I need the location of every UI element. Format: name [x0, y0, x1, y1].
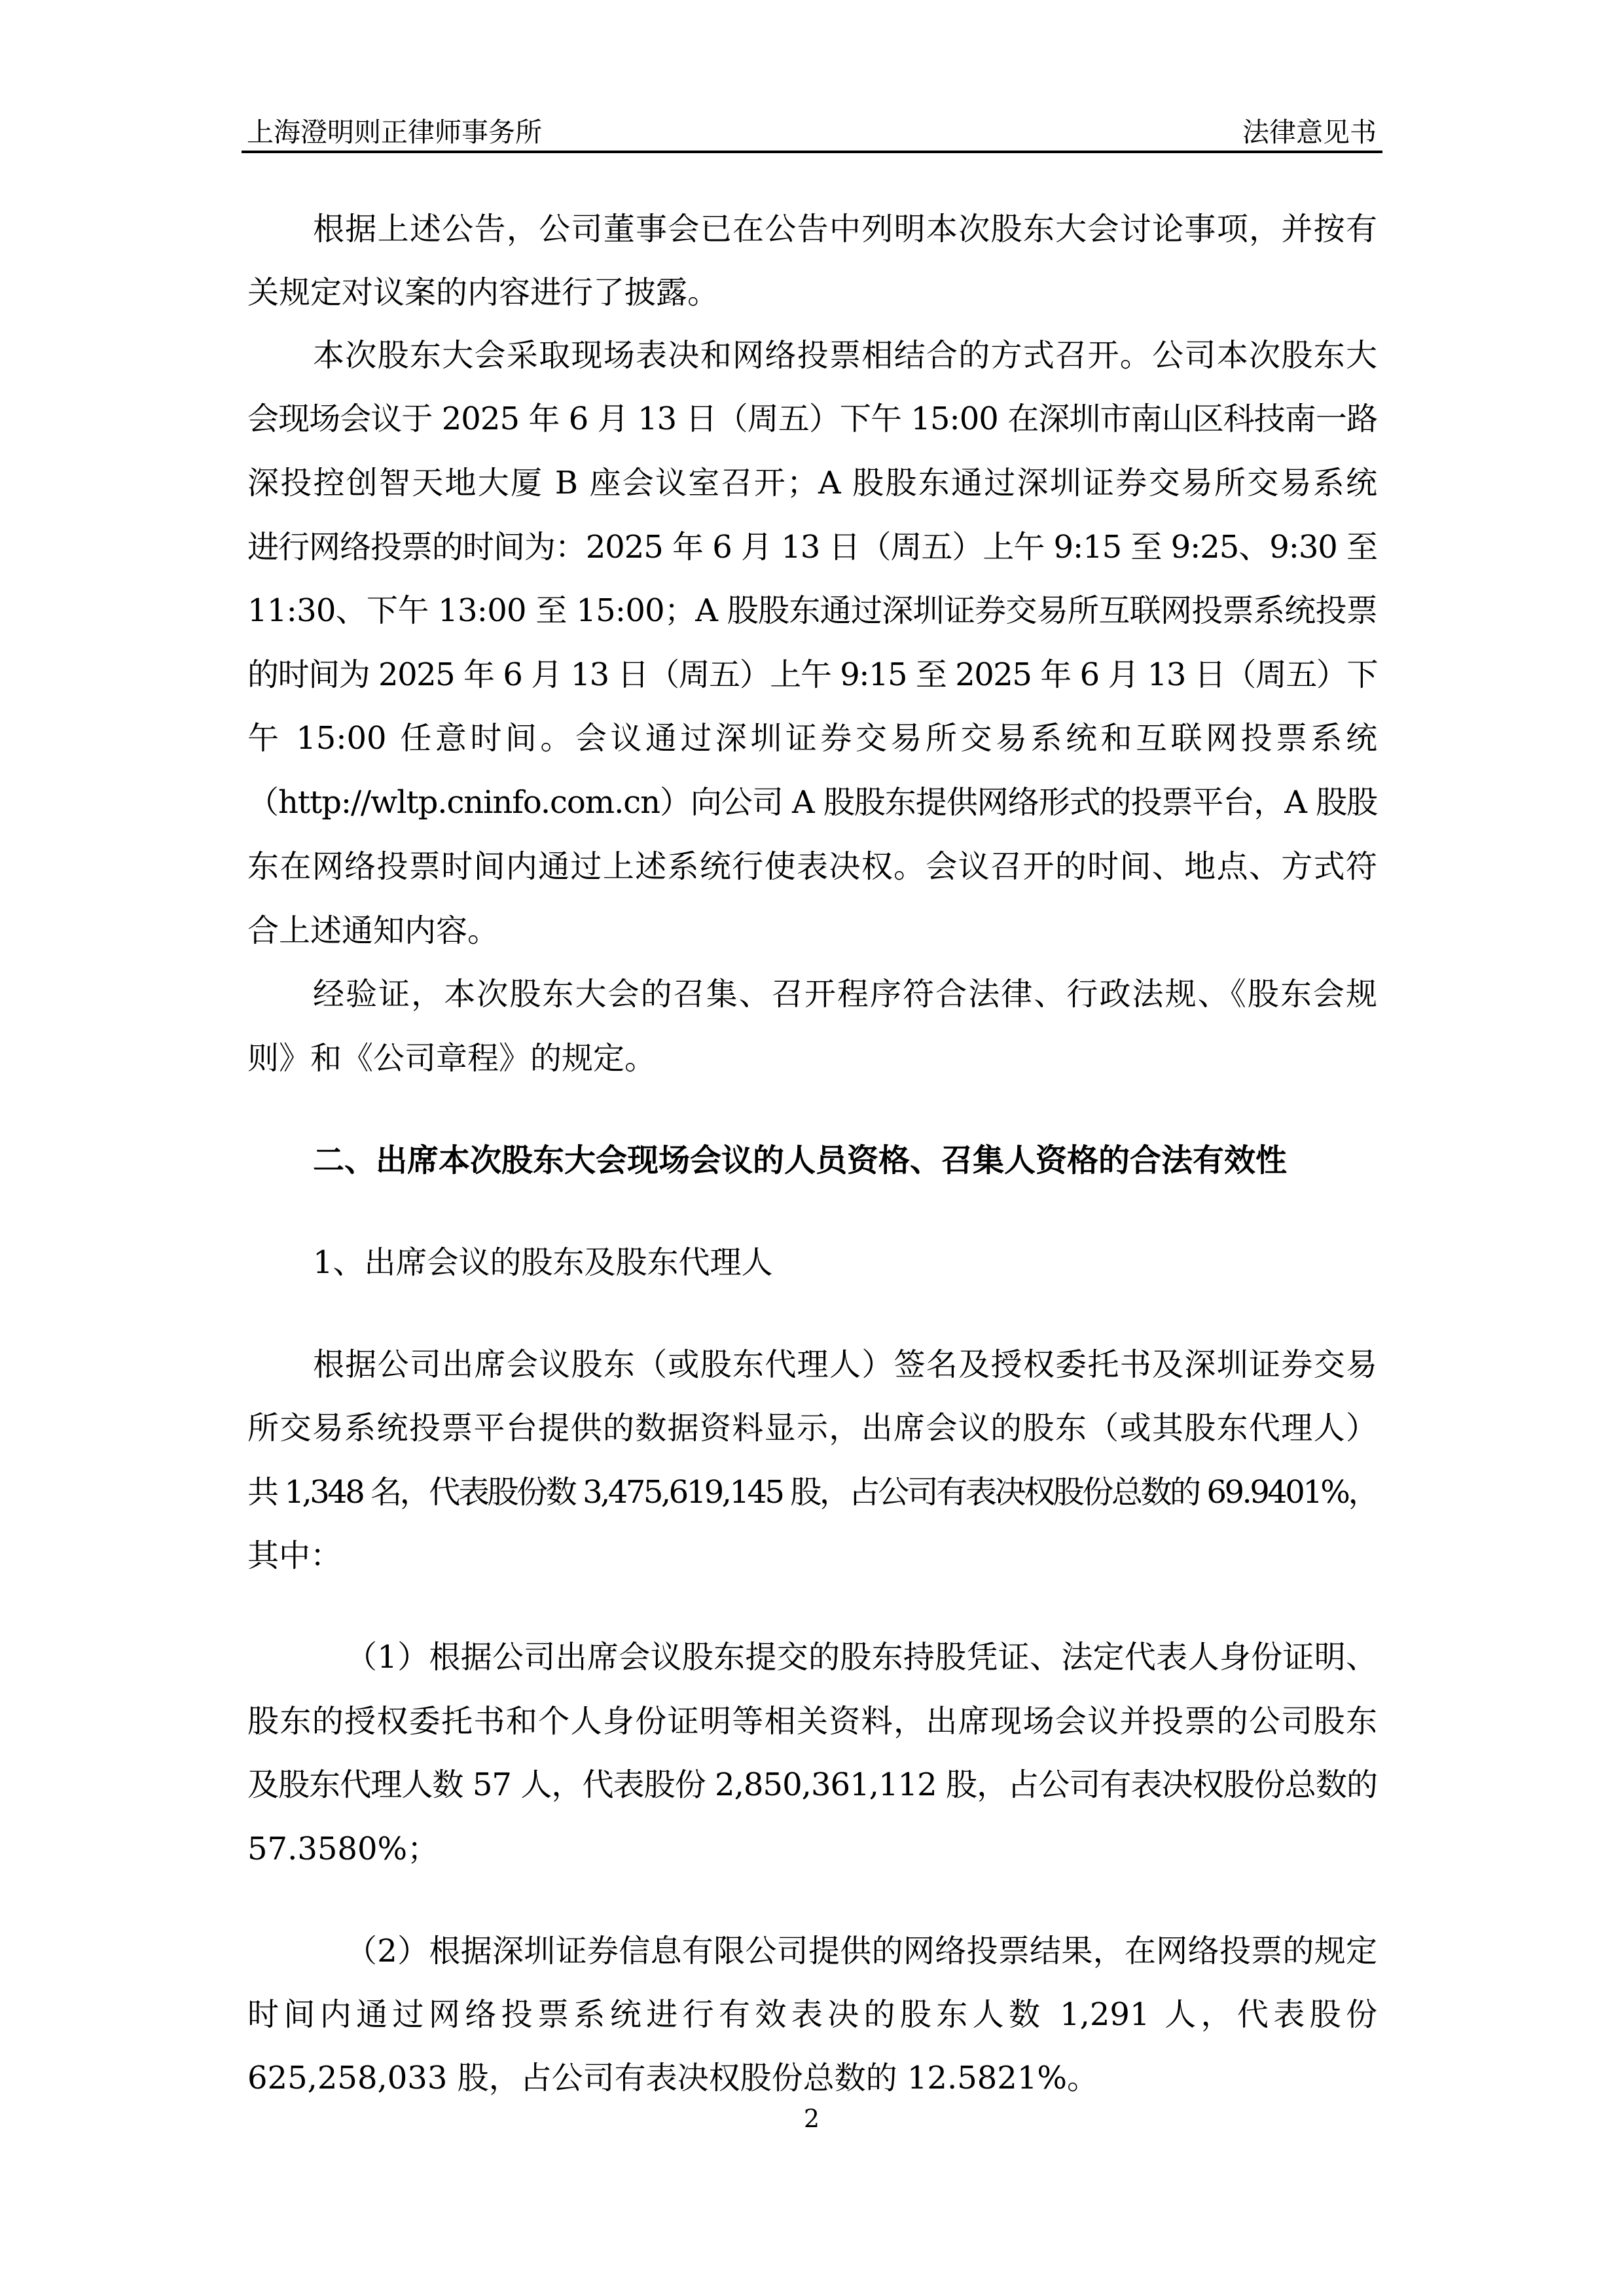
text-line: 的时间为 2025 年 6 月 13 日（周五）上午 9:15 至 2025 年… — [247, 652, 1377, 698]
text-line: 625,258,033 股，占公司有表决权股份总数的 12.5821%。 — [247, 2055, 1377, 2101]
text-line: 根据上述公告，公司董事会已在公告中列明本次股东大会讨论事项，并按有 — [313, 206, 1377, 252]
document-page: 上海澄明则正律师事务所 法律意见书 根据上述公告，公司董事会已在公告中列明本次股… — [0, 0, 1624, 2296]
text-line: 深投控创智天地大厦 B 座会议室召开；A 股股东通过深圳证券交易所交易系统 — [247, 460, 1377, 506]
text-line: 1、出席会议的股东及股东代理人 — [313, 1240, 1377, 1285]
text-line: 关规定对议案的内容进行了披露。 — [247, 270, 1377, 315]
text-line: 11:30、下午 13:00 至 15:00；A 股股东通过深圳证券交易所互联网… — [247, 588, 1377, 634]
text-line: 时间内通过网络投票系统进行有效表决的股东人数 1,291 人，代表股份 — [247, 1992, 1377, 2037]
text-line: 其中： — [247, 1533, 1377, 1579]
text-line: 及股东代理人数 57 人，代表股份 2,850,361,112 股，占公司有表决… — [247, 1762, 1377, 1808]
text-line: 股东的授权委托书和个人身份证明等相关资料，出席现场会议并投票的公司股东 — [247, 1698, 1377, 1744]
text-line: 会现场会议于 2025 年 6 月 13 日（周五）下午 15:00 在深圳市南… — [247, 396, 1377, 442]
text-line: 进行网络投票的时间为：2025 年 6 月 13 日（周五）上午 9:15 至 … — [247, 524, 1377, 570]
document-type: 法律意见书 — [1242, 113, 1377, 152]
text-line: （2）根据深圳证券信息有限公司提供的网络投票结果，在网络投票的规定 — [346, 1928, 1377, 1974]
text-line: （1）根据公司出席会议股东提交的股东持股凭证、法定代表人身份证明、 — [346, 1634, 1377, 1680]
text-line: 二、出席本次股东大会现场会议的人员资格、召集人资格的合法有效性 — [313, 1138, 1377, 1183]
text-line: 本次股东大会采取现场表决和网络投票相结合的方式召开。公司本次股东大 — [313, 332, 1377, 378]
page-header: 上海澄明则正律师事务所 法律意见书 — [242, 113, 1382, 153]
text-line: 所交易系统投票平台提供的数据资料显示，出席会议的股东（或其股东代理人） — [247, 1405, 1377, 1451]
text-line: （http://wltp.cninfo.com.cn）向公司 A 股股东提供网络… — [247, 780, 1377, 825]
text-line: 根据公司出席会议股东（或股东代理人）签名及授权委托书及深圳证券交易 — [313, 1342, 1377, 1388]
text-line: 合上述通知内容。 — [247, 908, 1377, 954]
text-line: 经验证，本次股东大会的召集、召开程序符合法律、行政法规、《股东会规 — [313, 971, 1377, 1017]
text-line: 午 15:00 任意时间。会议通过深圳证券交易所交易系统和互联网投票系统 — [247, 715, 1377, 761]
text-line: 东在网络投票时间内通过上述系统行使表决权。会议召开的时间、地点、方式符 — [247, 844, 1377, 889]
text-line: 共 1,348 名，代表股份数 3,475,619,145 股，占公司有表决权股… — [247, 1469, 1377, 1515]
text-line: 则》和《公司章程》的规定。 — [247, 1035, 1377, 1081]
page-number: 2 — [785, 2102, 838, 2135]
header-divider — [242, 151, 1382, 153]
text-line: 57.3580%； — [247, 1826, 1377, 1872]
firm-name: 上海澄明则正律师事务所 — [247, 113, 542, 152]
